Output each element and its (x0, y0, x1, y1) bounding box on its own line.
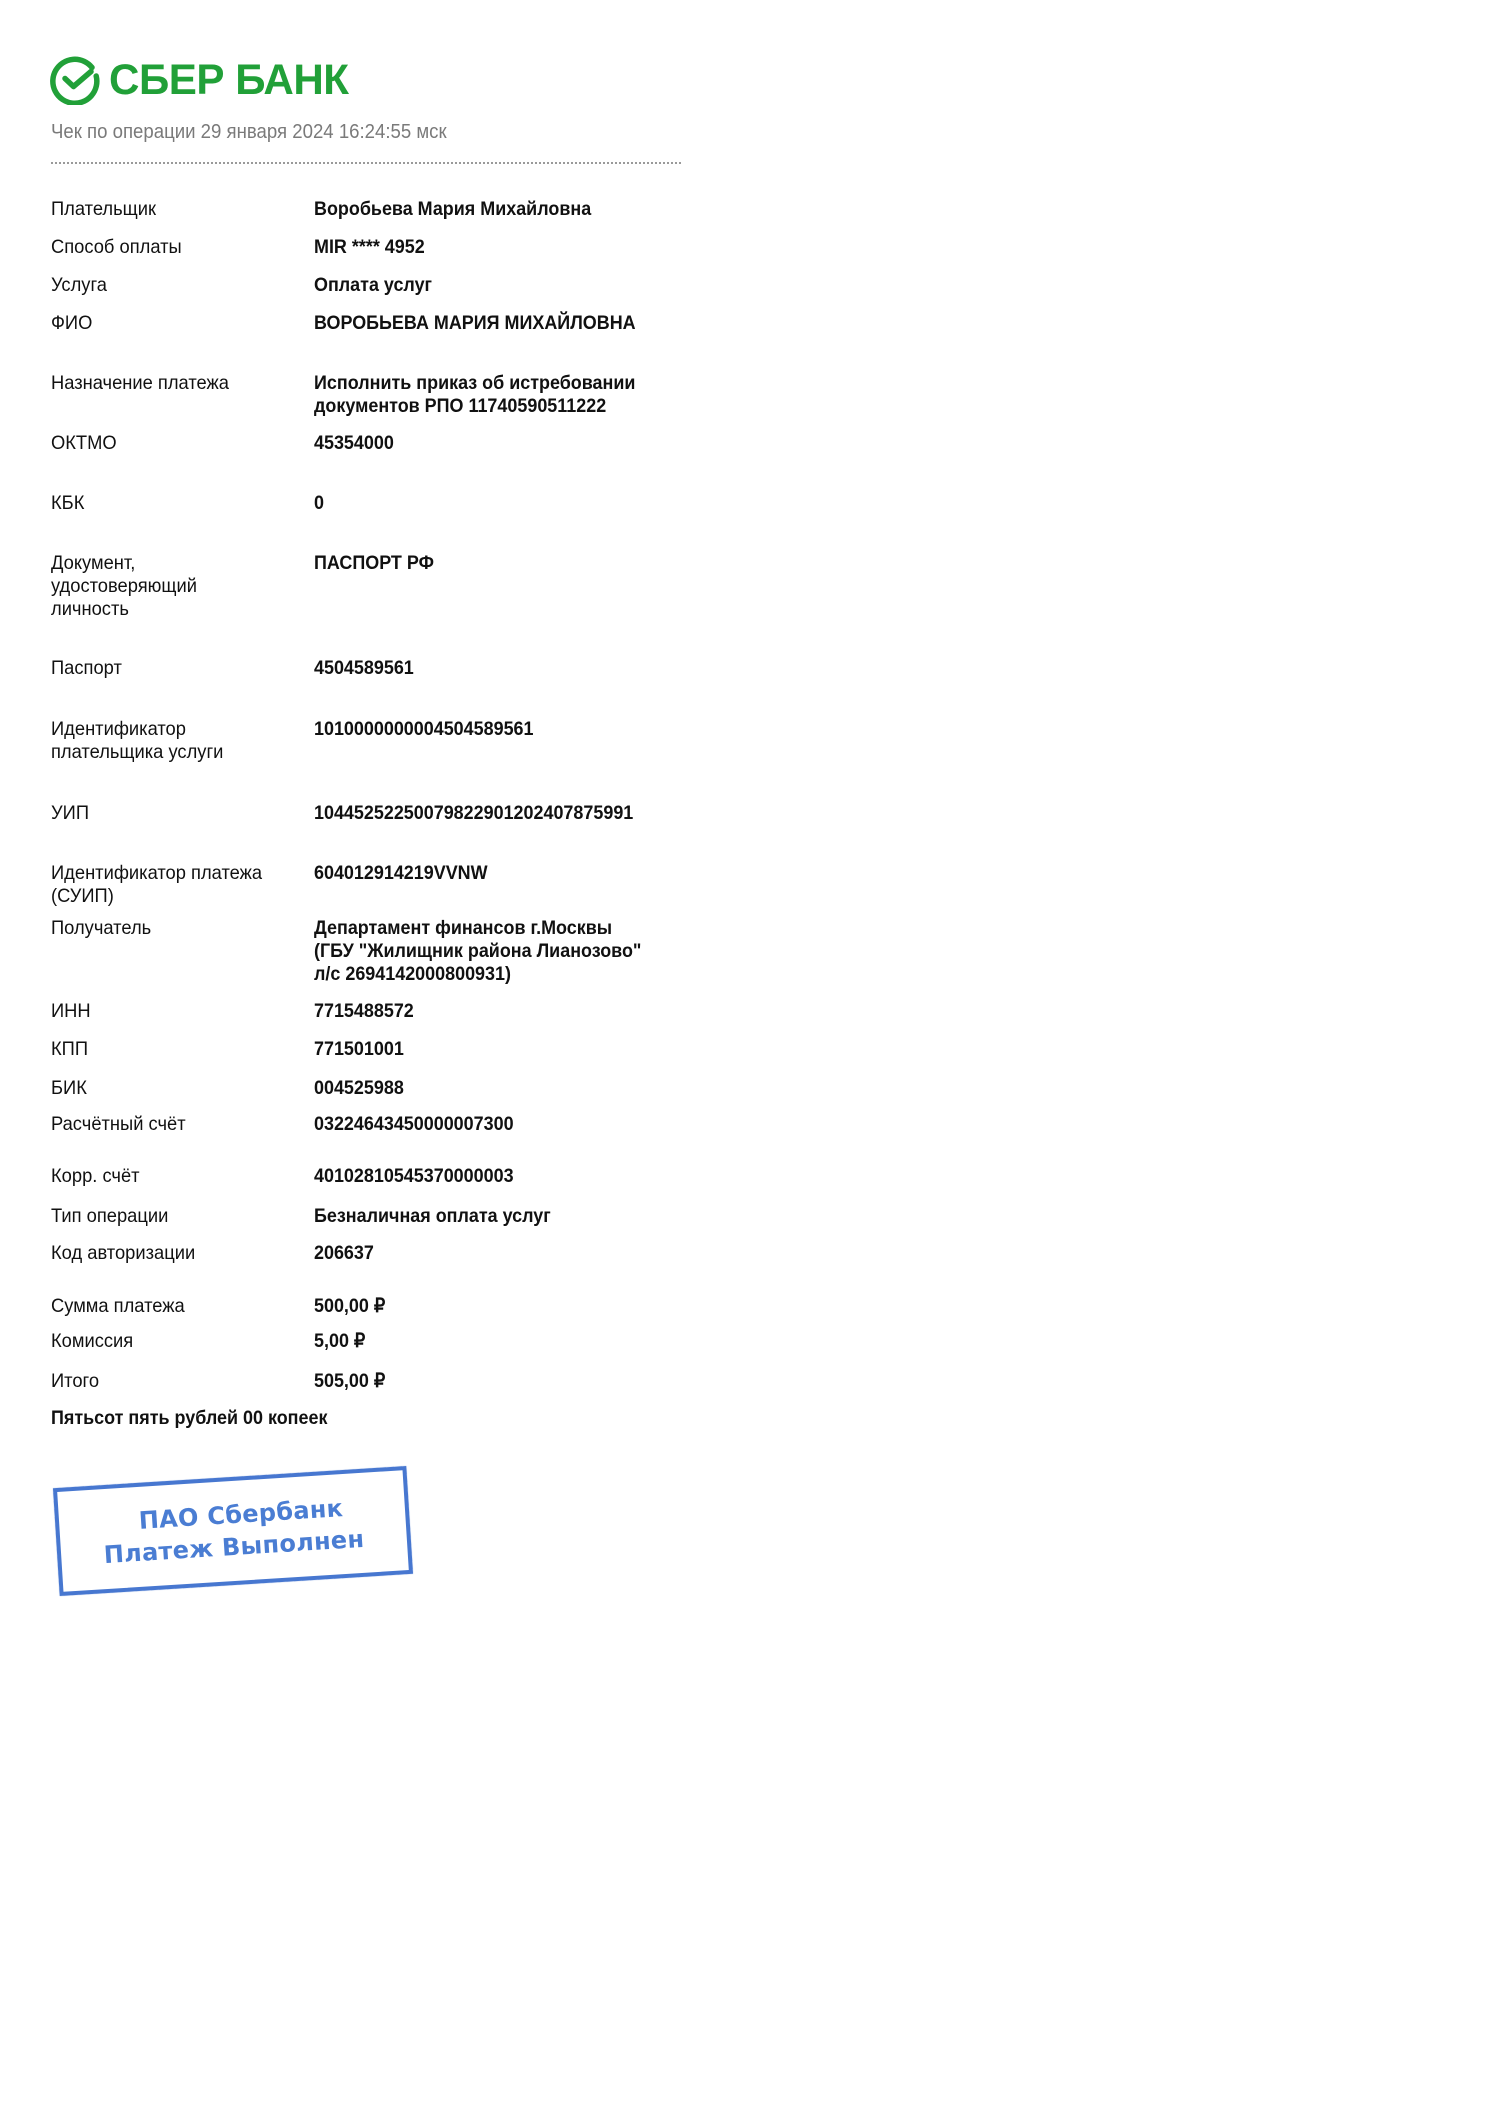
field-label-line: Расчётный счёт (51, 1113, 286, 1136)
field-label: ФИО (51, 312, 286, 335)
field-label: Сумма платежа (51, 1295, 286, 1318)
field-label: Корр. счёт (51, 1165, 286, 1188)
field-label-line: Идентификатор платежа (51, 862, 286, 885)
field-value: 206637 (314, 1242, 682, 1265)
field-label: Получатель (51, 917, 286, 940)
field-value-line: Исполнить приказ об истребовании (314, 372, 682, 395)
dotted-divider (51, 162, 681, 164)
field-label: Плательщик (51, 198, 286, 221)
field-label: БИК (51, 1077, 286, 1100)
field-label-line: КБК (51, 492, 286, 515)
field-value: 03224643450000007300 (314, 1113, 682, 1136)
field-value-line: MIR **** 4952 (314, 236, 682, 259)
field-value-line: Оплата услуг (314, 274, 682, 297)
field-label-line: Способ оплаты (51, 236, 286, 259)
sber-logo: СБЕР БАНК (50, 55, 353, 105)
field-value: 500,00 ₽ (314, 1295, 682, 1318)
field-label-line: Назначение платежа (51, 372, 286, 395)
field-label-line: ФИО (51, 312, 286, 335)
field-label-line: Получатель (51, 917, 286, 940)
field-value-line: 604012914219VVNW (314, 862, 682, 885)
field-value: 40102810545370000003 (314, 1165, 682, 1188)
field-label: ИНН (51, 1000, 286, 1023)
field-value: MIR **** 4952 (314, 236, 682, 259)
field-label-line: Комиссия (51, 1330, 286, 1353)
field-label-line: удостоверяющий (51, 575, 286, 598)
field-label-line: Идентификатор (51, 718, 286, 741)
field-value-line: Воробьева Мария Михайловна (314, 198, 682, 221)
field-label-line: Услуга (51, 274, 286, 297)
field-label: Способ оплаты (51, 236, 286, 259)
field-value: ВОРОБЬЕВА МАРИЯ МИХАЙЛОВНА (314, 312, 682, 335)
field-value-line: 771501001 (314, 1038, 682, 1061)
field-label: Паспорт (51, 657, 286, 680)
field-value-line: (ГБУ "Жилищник района Лианозово" (314, 940, 682, 963)
field-value-line: ВОРОБЬЕВА МАРИЯ МИХАЙЛОВНА (314, 312, 682, 335)
field-value-line: 4504589561 (314, 657, 682, 680)
field-value-line: 1010000000004504589561 (314, 718, 682, 741)
field-value: 1010000000004504589561 (314, 718, 682, 741)
field-value-line: 45354000 (314, 432, 682, 455)
field-value-line: ПАСПОРТ РФ (314, 552, 682, 575)
field-label: КБК (51, 492, 286, 515)
field-value: 5,00 ₽ (314, 1330, 682, 1353)
field-label-line: личность (51, 598, 286, 621)
field-value: Департамент финансов г.Москвы(ГБУ "Жилищ… (314, 917, 682, 986)
field-label-line: Плательщик (51, 198, 286, 221)
field-value: ПАСПОРТ РФ (314, 552, 682, 575)
field-value: 0 (314, 492, 682, 515)
field-label-line: КПП (51, 1038, 286, 1061)
field-label-line: Сумма платежа (51, 1295, 286, 1318)
field-value-line: 7715488572 (314, 1000, 682, 1023)
field-value-line: 03224643450000007300 (314, 1113, 682, 1136)
field-value-line: документов РПО 11740590511222 (314, 395, 682, 418)
field-value-line: 500,00 ₽ (314, 1295, 682, 1318)
field-value-line: 5,00 ₽ (314, 1330, 682, 1353)
field-label: ОКТМО (51, 432, 286, 455)
field-value-line: 505,00 ₽ (314, 1370, 682, 1393)
field-label: Идентификаторплательщика услуги (51, 718, 286, 764)
field-value: 10445252250079822901202407875991 (314, 802, 682, 825)
field-value: Исполнить приказ об истребованиидокумент… (314, 372, 682, 418)
field-value: Воробьева Мария Михайловна (314, 198, 682, 221)
field-label-line: Корр. счёт (51, 1165, 286, 1188)
field-label-line: Тип операции (51, 1205, 286, 1228)
field-label-line: ОКТМО (51, 432, 286, 455)
field-label-line: БИК (51, 1077, 286, 1100)
field-label-line: УИП (51, 802, 286, 825)
field-value-line: Безналичная оплата услуг (314, 1205, 682, 1228)
field-label-line: плательщика услуги (51, 741, 286, 764)
field-value-line: л/с 2694142000800931) (314, 963, 682, 986)
field-value: 4504589561 (314, 657, 682, 680)
field-value-line: 10445252250079822901202407875991 (314, 802, 682, 825)
field-label: Код авторизации (51, 1242, 286, 1265)
field-value: 7715488572 (314, 1000, 682, 1023)
field-label: УИП (51, 802, 286, 825)
field-label: Тип операции (51, 1205, 286, 1228)
operation-date: Чек по операции 29 января 2024 16:24:55 … (51, 120, 447, 144)
field-label-line: Паспорт (51, 657, 286, 680)
field-value: 771501001 (314, 1038, 682, 1061)
field-value: 604012914219VVNW (314, 862, 682, 885)
field-label: Идентификатор платежа(СУИП) (51, 862, 286, 908)
field-label: Расчётный счёт (51, 1113, 286, 1136)
field-value-line: 206637 (314, 1242, 682, 1265)
field-label-line: Код авторизации (51, 1242, 286, 1265)
field-label: Услуга (51, 274, 286, 297)
field-value-line: 0 (314, 492, 682, 515)
field-label: Документ,удостоверяющийличность (51, 552, 286, 621)
field-value: 45354000 (314, 432, 682, 455)
field-value-line: 004525988 (314, 1077, 682, 1100)
field-label-line: Итого (51, 1370, 286, 1393)
field-value-line: Департамент финансов г.Москвы (314, 917, 682, 940)
field-label: КПП (51, 1038, 286, 1061)
payment-stamp: ПАО Сбербанк Платеж Выполнен (53, 1466, 413, 1596)
field-label-line: (СУИП) (51, 885, 286, 908)
field-label: Итого (51, 1370, 286, 1393)
field-value-line: 40102810545370000003 (314, 1165, 682, 1188)
field-value: Оплата услуг (314, 274, 682, 297)
field-value: 505,00 ₽ (314, 1370, 682, 1393)
field-label-line: Документ, (51, 552, 286, 575)
sber-check-circle-icon (50, 55, 100, 105)
field-value: 004525988 (314, 1077, 682, 1100)
field-label: Назначение платежа (51, 372, 286, 395)
brand-name: СБЕР БАНК (109, 55, 349, 105)
field-label: Комиссия (51, 1330, 286, 1353)
total-in-words: Пятьсот пять рублей 00 копеек (51, 1407, 327, 1430)
field-value: Безналичная оплата услуг (314, 1205, 682, 1228)
field-label-line: ИНН (51, 1000, 286, 1023)
